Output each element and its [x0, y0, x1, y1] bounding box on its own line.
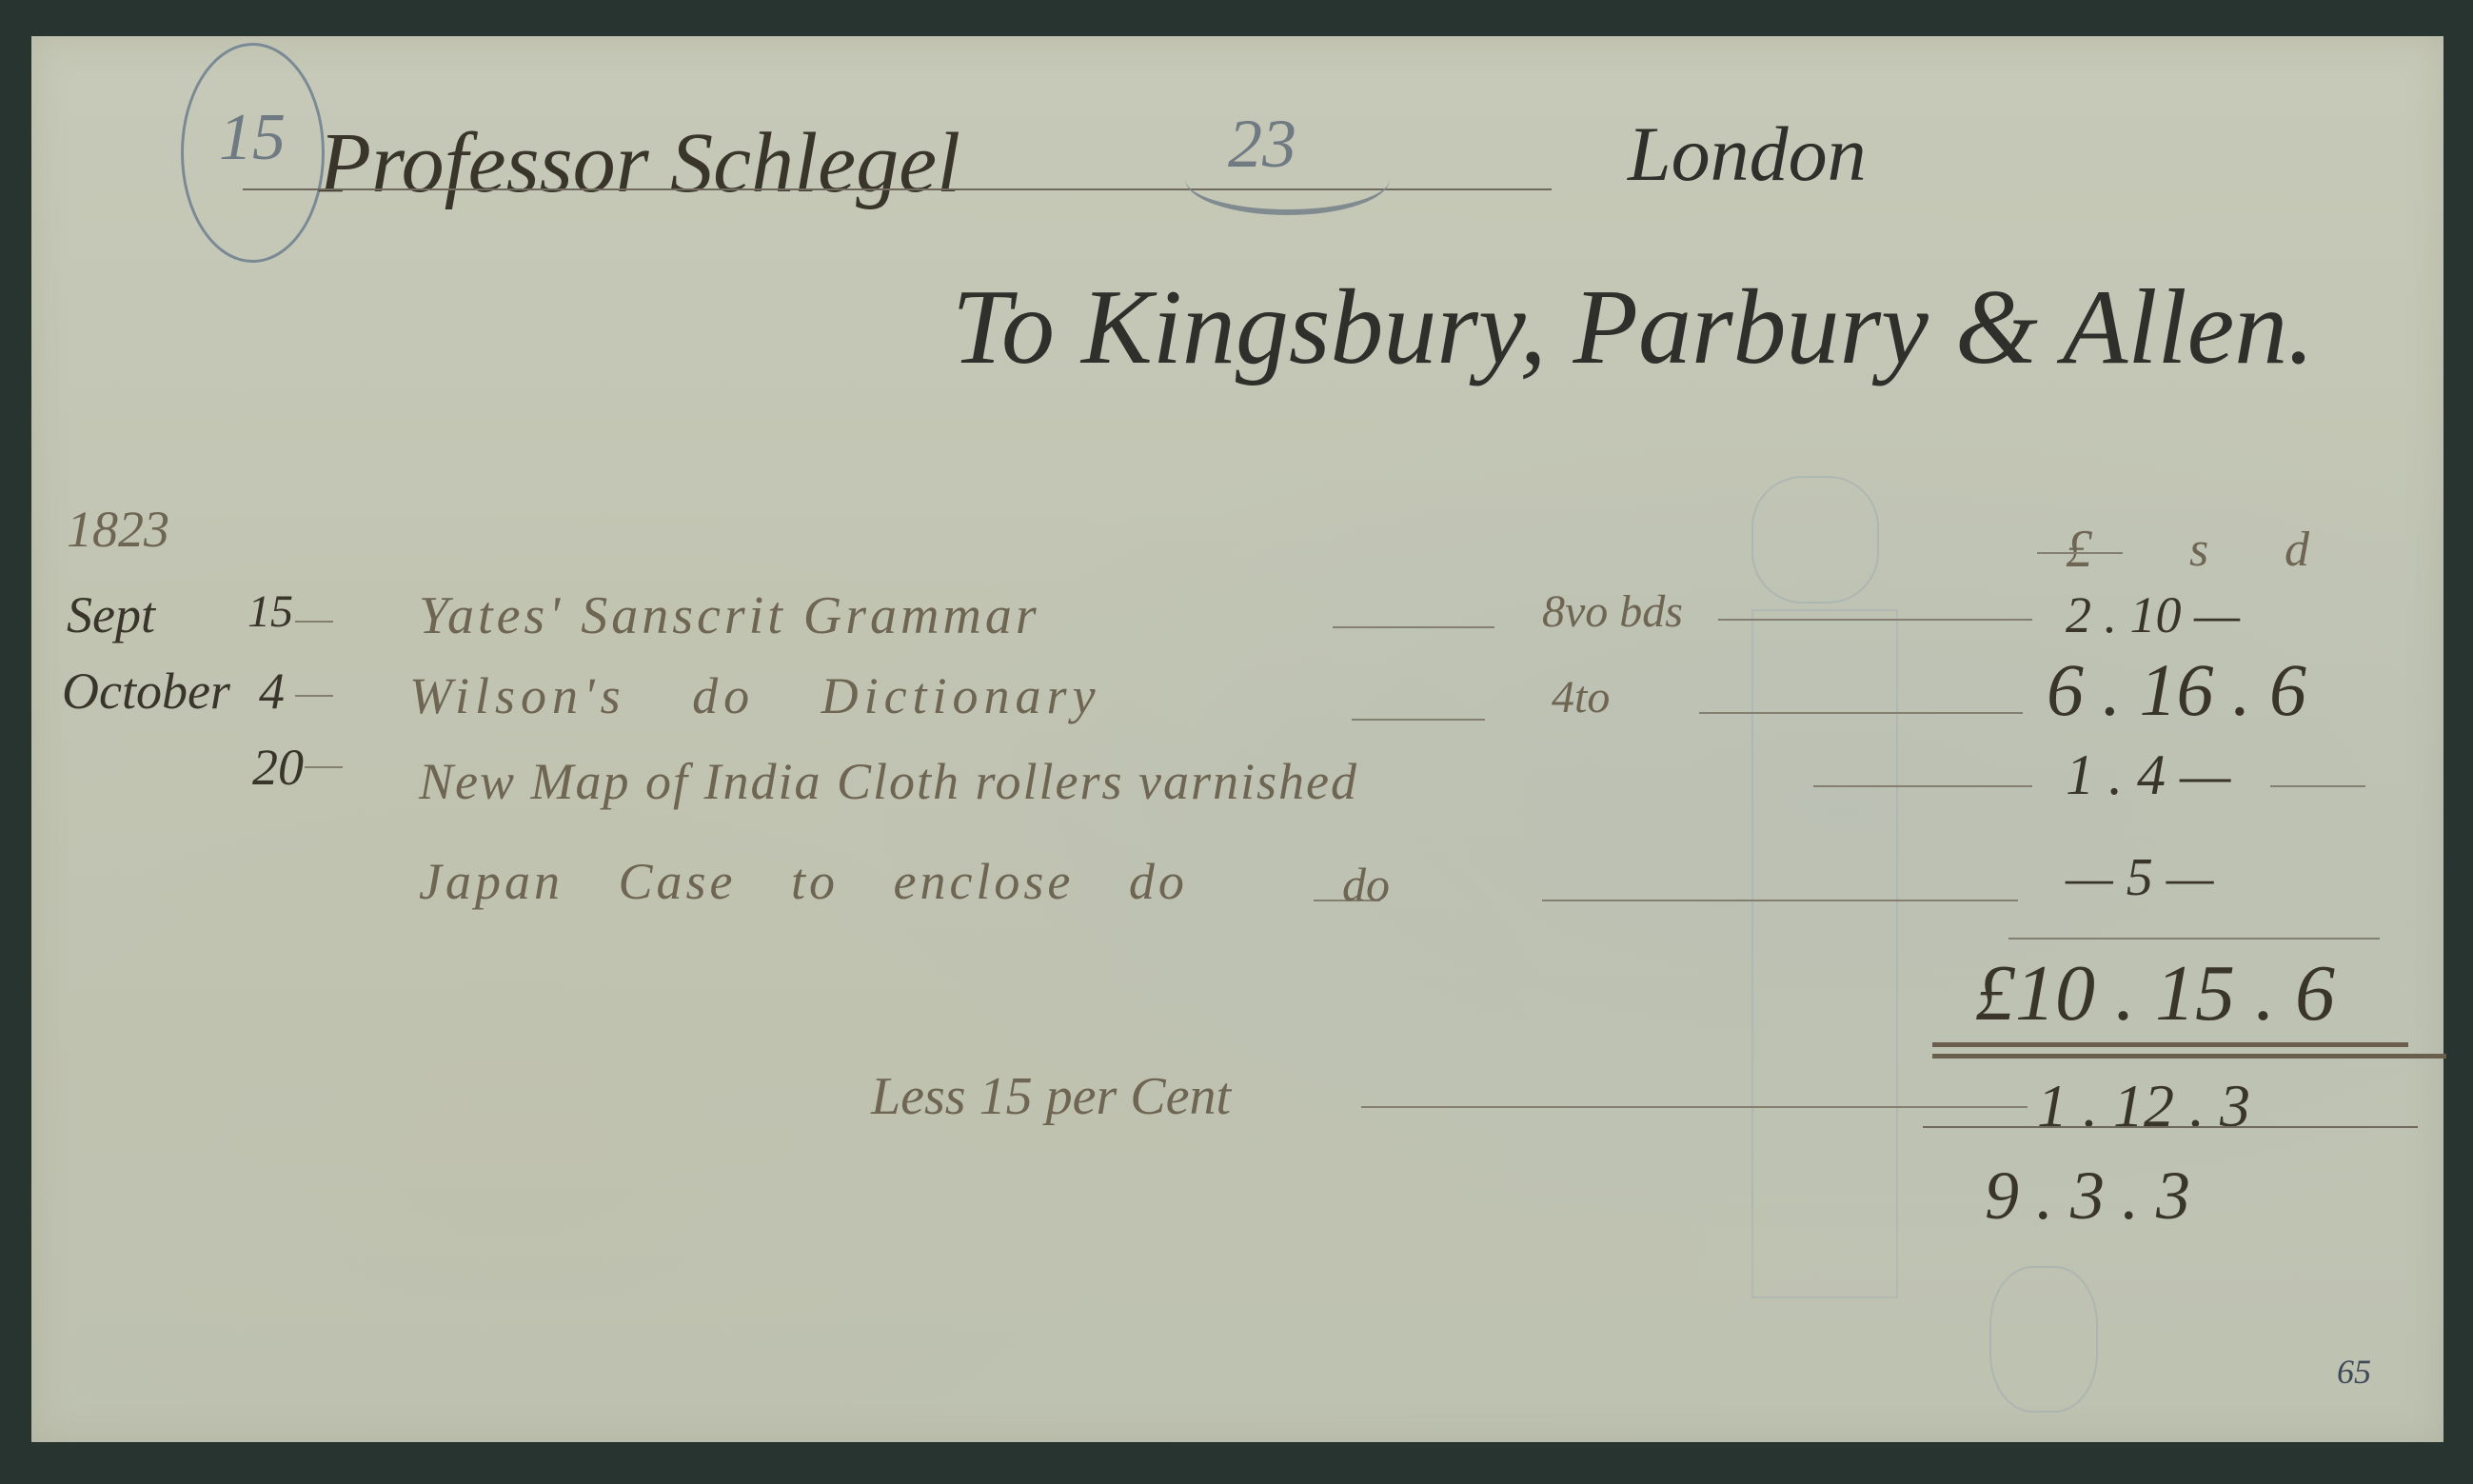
row-2-day: 4 — [259, 662, 285, 721]
row-2-leader-b — [1699, 712, 2023, 714]
row-1-day: 15 — [247, 585, 293, 638]
subtotal-amount: £10 . 15 . 6 — [1975, 947, 2335, 1039]
subtotal-double-rule-2 — [1932, 1054, 2446, 1059]
header-pounds-strike — [2037, 552, 2123, 554]
row-2-format: 4to — [1552, 671, 1610, 723]
page-number: 65 — [2337, 1352, 2371, 1392]
folio-number: 15 — [219, 100, 286, 176]
row-3-day: 20 — [252, 738, 304, 797]
row-2-description: Wilson's do Dictionary — [409, 666, 1101, 725]
discount-leader — [1361, 1106, 2028, 1108]
row-4-leader-b — [1542, 900, 2018, 901]
header-pence: d — [2285, 522, 2309, 578]
row-2-leader-a — [1352, 719, 1485, 721]
row-4-description: Japan Case to enclose do — [419, 852, 1188, 911]
row-1-leader-b — [1718, 619, 2032, 621]
discount-label: Less 15 per Cent — [871, 1066, 1231, 1127]
vendor-line: To Kingsbury, Parbury & Allen. — [952, 267, 2314, 389]
row-1-format: 8vo bds — [1542, 585, 1683, 638]
discount-amount: 1 . 12 . 3 — [2037, 1071, 2250, 1141]
row-3-date-dash — [305, 766, 343, 768]
row-4-format: do — [1342, 857, 1390, 912]
row-3-description: New Map of India Cloth rollers varnished — [419, 752, 1358, 811]
row-1-leader-a — [1333, 626, 1494, 628]
row-2-month: October — [62, 662, 230, 721]
header-shillings: s — [2189, 522, 2208, 578]
total-amount: 9 . 3 . 3 — [1985, 1157, 2190, 1236]
row-3-amount: 1 . 4 — — [2066, 742, 2230, 808]
row-1-description: Yates' Sanscrit Grammar — [419, 585, 1040, 646]
place-london: London — [1628, 109, 1867, 199]
watermark-oval-top — [1751, 476, 1879, 603]
header-pounds: £ — [2066, 519, 2092, 580]
row-3-leader — [1813, 785, 2032, 787]
row-4-amount: — 5 — — [2066, 847, 2214, 908]
pencil-arc — [1185, 143, 1390, 215]
recipient-name: Professor Schlegel — [319, 114, 960, 212]
subtotal-top-rule — [2008, 938, 2380, 940]
watermark-oval-bottom — [1989, 1266, 2098, 1413]
row-1-date-dash — [295, 621, 333, 623]
subtotal-double-rule-1 — [1932, 1042, 2408, 1047]
row-1-amount: 2 . 10 — — [2066, 585, 2240, 644]
row-1-month: Sept — [67, 585, 155, 644]
row-2-date-dash — [295, 695, 333, 697]
row-3-tail — [2270, 785, 2365, 787]
year: 1823 — [67, 500, 169, 559]
total-rule — [1923, 1126, 2418, 1128]
row-2-amount: 6 . 16 . 6 — [2047, 647, 2306, 733]
